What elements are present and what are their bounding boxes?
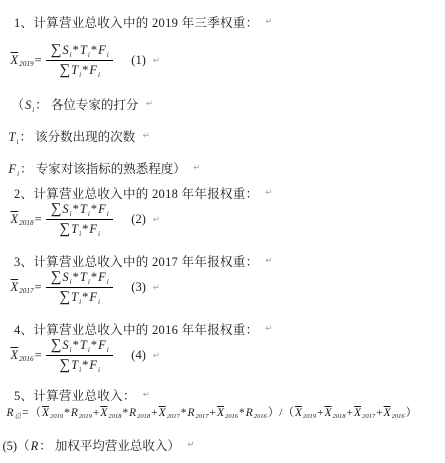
formula-1: X2019= ∑Si*Ti*Fi ∑Ti*Fi (1) ↵ (10, 42, 160, 79)
paragraph-mark: ↵ (187, 440, 194, 450)
formula-3-fraction: ∑Si*Ti*Fi ∑Ti*Fi (46, 269, 113, 306)
formula-5-expression: R总=（X2019*R2019+X2018*R2018+X2017*R2017+… (6, 404, 418, 421)
formula-2-fraction: ∑Si*Ti*Fi ∑Ti*Fi (46, 201, 113, 238)
formula-4: X2016= ∑Si*Ti*Fi ∑Ti*Fi (4) ↵ (10, 337, 160, 374)
formula-5: R总=（X2019*R2019+X2018*R2018+X2017*R2017+… (6, 404, 418, 421)
step-4-heading-text: 4、计算营业总收入中的 2016 年年报权重： (14, 320, 258, 338)
formula-4-numerator: ∑Si*Ti*Fi (46, 337, 113, 356)
formula-1-fraction: ∑Si*Ti*Fi ∑Ti*Fi (46, 42, 113, 79)
paragraph-mark: ↵ (146, 99, 153, 109)
formula-3: X2017= ∑Si*Ti*Fi ∑Ti*Fi (3) ↵ (10, 269, 160, 306)
paragraph-mark: ↵ (193, 163, 200, 173)
definition-f: Fi： 专家对该指标的熟悉程度） ↵ (8, 159, 200, 178)
step-1-heading-text: 1、计算营业总收入中的 2019 年三季权重： (14, 13, 258, 31)
formula-3-lhs: X2017= (10, 280, 42, 296)
paragraph-mark: ↵ (143, 390, 150, 400)
paragraph-mark: ↵ (143, 131, 150, 141)
paragraph-mark: ↵ (153, 56, 160, 66)
definition-t-text: Ti： 该分数出现的次数 (8, 127, 136, 146)
formula-2-denominator: ∑Ti*Fi (59, 220, 101, 238)
definition-f-text: Fi： 专家对该指标的熟悉程度） (8, 159, 186, 178)
step-2-heading-text: 2、计算营业总收入中的 2018 年年报权重： (14, 184, 258, 202)
formula-4-lhs: X2016= (10, 348, 42, 364)
formula-1-lhs: X2019= (10, 53, 42, 69)
equation-number-3: (3) (131, 280, 146, 295)
paragraph-mark: ↵ (153, 215, 160, 225)
equation-number-2: (2) (131, 212, 146, 227)
final-note: (5)（R： 加权平均营业总收入） ↵ (2, 436, 194, 454)
step-2-heading: 2、计算营业总收入中的 2018 年年报权重： ↵ (14, 184, 273, 202)
final-note-text: (5)（R： 加权平均营业总收入） (2, 436, 180, 454)
formula-4-fraction: ∑Si*Ti*Fi ∑Ti*Fi (46, 337, 113, 374)
paragraph-mark: ↵ (153, 283, 160, 293)
paragraph-mark: ↵ (265, 324, 272, 334)
formula-2-lhs: X2018= (10, 212, 42, 228)
paragraph-mark: ↵ (265, 256, 272, 266)
step-4-heading: 4、计算营业总收入中的 2016 年年报权重： ↵ (14, 320, 273, 338)
paragraph-mark: ↵ (265, 188, 272, 198)
formula-2: X2018= ∑Si*Ti*Fi ∑Ti*Fi (2) ↵ (10, 201, 160, 238)
formula-3-denominator: ∑Ti*Fi (59, 288, 101, 306)
equation-number-1: (1) (131, 53, 146, 68)
step-3-heading: 3、计算营业总收入中的 2017 年年报权重： ↵ (14, 252, 273, 270)
paragraph-mark: ↵ (153, 351, 160, 361)
document-page: 1、计算营业总收入中的 2019 年三季权重： ↵ X2019= ∑Si*Ti*… (0, 0, 445, 463)
step-5-heading-text: 5、计算营业总收入： (14, 386, 136, 404)
formula-4-denominator: ∑Ti*Fi (59, 356, 101, 374)
step-5-heading: 5、计算营业总收入： ↵ (14, 386, 150, 404)
formula-1-denominator: ∑Ti*Fi (59, 61, 101, 79)
step-1-heading: 1、计算营业总收入中的 2019 年三季权重： ↵ (14, 13, 273, 31)
definition-t: Ti： 该分数出现的次数 ↵ (8, 127, 150, 146)
definition-s: （Si： 各位专家的打分 ↵ (11, 95, 153, 114)
step-3-heading-text: 3、计算营业总收入中的 2017 年年报权重： (14, 252, 258, 270)
definition-s-text: （Si： 各位专家的打分 (11, 95, 139, 114)
equation-number-4: (4) (131, 348, 146, 363)
formula-2-numerator: ∑Si*Ti*Fi (46, 201, 113, 220)
formula-3-numerator: ∑Si*Ti*Fi (46, 269, 113, 288)
paragraph-mark: ↵ (265, 17, 272, 27)
formula-1-numerator: ∑Si*Ti*Fi (46, 42, 113, 61)
